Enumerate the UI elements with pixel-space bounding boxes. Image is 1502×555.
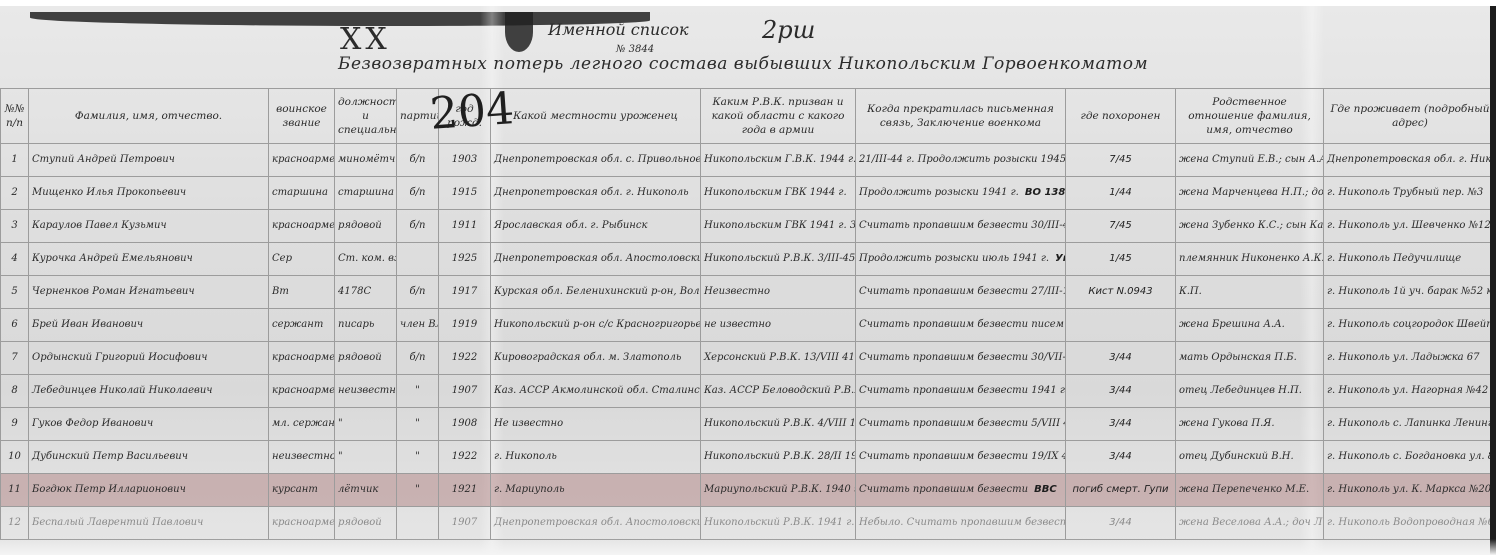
relatives-text: жена Перепеченко М.Е. (1179, 484, 1309, 495)
position-text: миномётчик (338, 154, 397, 165)
name-text: Курочка Андрей Емельянович (32, 253, 193, 264)
birth-year-text: 1922 (452, 451, 477, 462)
cell-birth-year: 1908 (439, 408, 491, 441)
conclusion-text: Считать пропавшим безвести 1941 г. ч/ч 3… (859, 385, 1066, 396)
buried-text: 3/44 (1109, 352, 1131, 363)
cell-relatives: жена Перепеченко М.Е. (1176, 474, 1324, 507)
cell-rank: неизвестно (269, 441, 335, 474)
rank-text: мл. сержант (272, 418, 335, 429)
name-text: Ступий Андрей Петрович (32, 154, 175, 165)
draft-text: Никопольским ГВК 1944 г. (704, 187, 847, 198)
position-text: неизвестно (338, 385, 397, 396)
losses-table: №№ п/пФамилия, имя, отчество.воинское зв… (0, 88, 1496, 540)
origin-text: Днепропетровская обл. Апостоловский р-он… (494, 517, 701, 528)
cell-conclusion: Считать пропавшим безвести 19/IX 41 г. (856, 441, 1066, 474)
position-text: рядовой (338, 220, 382, 231)
column-header: воинское звание (269, 89, 335, 144)
column-header: где похоронен (1066, 89, 1176, 144)
header-row: №№ п/пФамилия, имя, отчество.воинское зв… (1, 89, 1497, 144)
cell-conclusion: Продолжить розыски 1941 г.ВО 1388 гас (856, 177, 1066, 210)
handwritten-annotation: ВО 1388 гас (1025, 187, 1066, 199)
cell-rank: красноармеец (269, 210, 335, 243)
buried-text: 1/44 (1109, 187, 1131, 198)
address-text: г. Никополь Водопроводная №68 (1327, 517, 1496, 528)
cell-party: " (397, 375, 439, 408)
cell-conclusion: Считать пропавшим безвести писем не было (856, 309, 1066, 342)
position-text: 4178С (338, 286, 371, 297)
position-text: лётчик (338, 484, 378, 495)
cell-position: лётчик (335, 474, 397, 507)
party-text: " (415, 385, 420, 396)
name-text: Беспалый Лаврентий Павлович (32, 517, 203, 528)
origin-text: Днепропетровская обл. Апостоловский р-он… (494, 253, 701, 264)
cell-name: Мищенко Илья Прокопьевич (29, 177, 269, 210)
buried-text: 3/44 (1109, 385, 1131, 396)
table-row: 5Черненков Роман ИгнатьевичВт4178Сб/п191… (1, 276, 1497, 309)
num-text: 6 (11, 319, 17, 330)
cell-rank: Сер (269, 243, 335, 276)
cell-position: рядовой (335, 342, 397, 375)
cell-origin: Днепропетровская обл. г. Никополь (491, 177, 701, 210)
address-text: г. Никополь ул. К. Маркса №20 (1327, 484, 1491, 495)
origin-text: Курская обл. Беленихинский р-он, Вольтов… (494, 286, 701, 297)
column-header: Какой местности уроженец (491, 89, 701, 144)
cell-party: б/п (397, 177, 439, 210)
relatives-text: жена Веселова А.А.; доч Л.Л. (1179, 517, 1324, 528)
rank-text: красноармеец (272, 385, 335, 396)
cell-relatives: жена Зубенко К.С.; сын Караулов В.П. (1176, 210, 1324, 243)
cell-address: г. Никополь Педучилище (1324, 243, 1497, 276)
num-text: 5 (11, 286, 17, 297)
party-text: б/п (410, 187, 426, 198)
cell-name: Курочка Андрей Емельянович (29, 243, 269, 276)
table-row: 9Гуков Федор Ивановичмл. сержант""1908Не… (1, 408, 1497, 441)
cell-address: г. Никополь Трубный пер. №3 (1324, 177, 1497, 210)
cell-draft: Никопольский Р.В.К. 4/VIII 1941 г. (701, 408, 856, 441)
corner-note: 2рш (762, 16, 815, 44)
cell-rank: красноармеец (269, 144, 335, 177)
cell-rank: красноармеец (269, 375, 335, 408)
cell-birth-year: 1922 (439, 441, 491, 474)
cell-conclusion: Считать пропавшим безвести 27/III-1945 г… (856, 276, 1066, 309)
cell-birth-year: 1917 (439, 276, 491, 309)
cell-num: 5 (1, 276, 29, 309)
cell-birth-year: 1922 (439, 342, 491, 375)
position-text: рядовой (338, 352, 382, 363)
relatives-text: племянник Никоненко А.К. (1179, 253, 1324, 264)
cell-draft: Мариупольский Р.В.К. 1940 г. (701, 474, 856, 507)
cell-rank: мл. сержант (269, 408, 335, 441)
cell-birth-year: 1925 (439, 243, 491, 276)
table-row: 11Богдюк Петр Илларионовичкурсантлётчик"… (1, 474, 1497, 507)
origin-text: Ярославская обл. г. Рыбинск (494, 220, 647, 231)
cell-origin: Днепропетровская обл. Апостоловский р-он… (491, 507, 701, 540)
cell-draft: Никопольский Р.В.К. 28/II 1941 г. (701, 441, 856, 474)
cell-party: б/п (397, 342, 439, 375)
cell-origin: Днепропетровская обл. с. Привольное (491, 144, 701, 177)
birth-year-text: 1921 (452, 484, 477, 495)
cell-num: 9 (1, 408, 29, 441)
cell-origin: Каз. АССР Акмолинской обл. Сталинский р-… (491, 375, 701, 408)
buried-text: Кист N.0943 (1088, 286, 1152, 297)
name-text: Дубинский Петр Васильевич (32, 451, 188, 462)
table-row: 6Брей Иван Ивановичсержантписарьчлен ВЛК… (1, 309, 1497, 342)
table-row: 3Караулов Павел Кузьмичкрасноармеецрядов… (1, 210, 1497, 243)
cell-origin: Курская обл. Беленихинский р-он, Вольтов… (491, 276, 701, 309)
cell-position: " (335, 441, 397, 474)
rank-text: курсант (272, 484, 318, 495)
address-text: г. Никополь с. Богдановка ул. 8 Марта №4… (1327, 451, 1496, 462)
name-text: Брей Иван Иванович (32, 319, 143, 330)
rank-text: красноармеец (272, 220, 335, 231)
buried-text: 1/45 (1109, 253, 1131, 264)
party-text: " (415, 484, 420, 495)
cell-birth-year: 1911 (439, 210, 491, 243)
cell-relatives: жена Гукова П.Я. (1176, 408, 1324, 441)
name-text: Богдюк Петр Илларионович (32, 484, 186, 495)
cell-buried: 3/44 (1066, 375, 1176, 408)
cell-party: " (397, 441, 439, 474)
table-row: 7Ордынский Григорий Иосифовичкрасноармее… (1, 342, 1497, 375)
cell-position: рядовой (335, 210, 397, 243)
cell-buried: Кист N.0943 (1066, 276, 1176, 309)
document-title: Именной список (548, 20, 689, 39)
buried-text: 3/44 (1109, 451, 1131, 462)
cell-num: 12 (1, 507, 29, 540)
relatives-text: жена Брешина А.А. (1179, 319, 1285, 330)
mark-xx: XX (340, 22, 391, 57)
cell-buried: 3/44 (1066, 441, 1176, 474)
conclusion-text: Считать пропавшим безвести 30/VII-43 г. … (859, 352, 1066, 363)
cell-party: б/п (397, 210, 439, 243)
cell-num: 1 (1, 144, 29, 177)
birth-year-text: 1911 (452, 220, 477, 231)
cell-party: б/п (397, 144, 439, 177)
cell-party (397, 507, 439, 540)
cell-rank: сержант (269, 309, 335, 342)
cell-buried: 1/44 (1066, 177, 1176, 210)
cell-address: г. Никополь с. Лапинка Ленинградская 36 (1324, 408, 1497, 441)
cell-birth-year: 1907 (439, 375, 491, 408)
cell-draft: Никопольским Г.В.К. 1944 г. (701, 144, 856, 177)
draft-text: Херсонский Р.В.К. 13/VIII 41 г. (704, 352, 856, 363)
conclusion-text: Считать пропавшим безвести 5/VIII 41 г. (859, 418, 1066, 429)
num-text: 8 (11, 385, 17, 396)
draft-text: Каз. АССР Беловодский Р.В.К. 3/VIII 41 г… (704, 385, 856, 396)
birth-year-text: 1922 (452, 352, 477, 363)
cell-num: 2 (1, 177, 29, 210)
cell-conclusion: Считать пропавшим безвести 30/VII-43 г. … (856, 342, 1066, 375)
cell-buried: погиб смерт. Гупи (1066, 474, 1176, 507)
cell-address: г. Никополь с. Богдановка ул. 8 Марта №4… (1324, 441, 1497, 474)
conclusion-text: Небыло. Считать пропавшим безвести (859, 517, 1066, 528)
cell-draft: Никопольским ГВК 1941 г. 3 Августа (701, 210, 856, 243)
cell-name: Брей Иван Иванович (29, 309, 269, 342)
column-header: должность и специальность (335, 89, 397, 144)
cell-party (397, 243, 439, 276)
birth-year-text: 1915 (452, 187, 477, 198)
address-text: г. Никополь ул. Ладыжка 67 (1327, 352, 1480, 363)
party-text: член ВЛКСМ (400, 319, 439, 330)
conclusion-text: Считать пропавшим безвести 30/III-45 г. … (859, 220, 1066, 231)
cell-name: Беспалый Лаврентий Павлович (29, 507, 269, 540)
draft-text: Никопольский Р.В.К. 4/VIII 1941 г. (704, 418, 856, 429)
table-row: 12Беспалый Лаврентий Павловичкрасноармее… (1, 507, 1497, 540)
relatives-text: жена Марченцева Н.П.; дочь Мищенко Л.И. (1179, 187, 1324, 198)
cell-buried (1066, 309, 1176, 342)
draft-text: Никопольский Р.В.К. 28/II 1941 г. (704, 451, 856, 462)
cell-party: б/п (397, 276, 439, 309)
draft-text: Никопольским Г.В.К. 1944 г. (704, 154, 856, 165)
name-text: Ордынский Григорий Иосифович (32, 352, 207, 363)
birth-year-text: 1917 (452, 286, 477, 297)
address-text: г. Никополь 1й уч. барак №52 кв. №16 (1327, 286, 1496, 297)
num-text: 11 (8, 484, 21, 495)
table-row: 8Лебединцев Николай Николаевичкрасноарме… (1, 375, 1497, 408)
cell-name: Черненков Роман Игнатьевич (29, 276, 269, 309)
cell-birth-year: 1907 (439, 507, 491, 540)
cell-address: г. Никополь ул. Нагорная №42 (1324, 375, 1497, 408)
cell-draft: Никопольский Р.В.К. 1941 г. (701, 507, 856, 540)
cell-conclusion: Считать пропавшим безвести 1941 г. ч/ч 3… (856, 375, 1066, 408)
cell-origin: Ярославская обл. г. Рыбинск (491, 210, 701, 243)
relatives-text: мать Ордынская П.Б. (1179, 352, 1297, 363)
address-text: г. Никополь ул. Нагорная №42 (1327, 385, 1488, 396)
cell-conclusion: Считать пропавшим безвестиВВС (856, 474, 1066, 507)
draft-text: Никопольский Р.В.К. 3/III-45 г. (704, 253, 856, 264)
cell-party: член ВЛКСМ (397, 309, 439, 342)
cell-address: г. Никополь соцгородок Швейпром (1324, 309, 1497, 342)
position-text: писарь (338, 319, 374, 330)
cell-origin: Кировоградская обл. м. Златополь (491, 342, 701, 375)
cell-name: Караулов Павел Кузьмич (29, 210, 269, 243)
cell-name: Ступий Андрей Петрович (29, 144, 269, 177)
cell-relatives: племянник Никоненко А.К. (1176, 243, 1324, 276)
address-text: г. Никополь Педучилище (1327, 253, 1461, 264)
relatives-text: отец Дубинский В.Н. (1179, 451, 1294, 462)
cell-origin: Днепропетровская обл. Апостоловский р-он… (491, 243, 701, 276)
cell-position: неизвестно (335, 375, 397, 408)
cell-address: г. Никополь ул. Шевченко №121 (1324, 210, 1497, 243)
birth-year-text: 1919 (452, 319, 477, 330)
num-text: 7 (11, 352, 17, 363)
origin-text: Кировоградская обл. м. Златополь (494, 352, 681, 363)
cell-origin: г. Никополь (491, 441, 701, 474)
cell-num: 6 (1, 309, 29, 342)
conclusion-text: Считать пропавшим безвести 27/III-1945 г… (859, 286, 1066, 297)
cell-name: Богдюк Петр Илларионович (29, 474, 269, 507)
num-text: 3 (11, 220, 17, 231)
origin-text: Никопольский р-он с/с Красногригорьевка (494, 319, 701, 330)
origin-text: Не известно (494, 418, 563, 429)
draft-text: Никопольский Р.В.К. 1941 г. (704, 517, 854, 528)
position-text: " (338, 451, 343, 462)
buried-text: погиб смерт. Гупи (1072, 484, 1168, 495)
origin-text: Каз. АССР Акмолинской обл. Сталинский р-… (494, 385, 701, 396)
buried-text: 3/44 (1109, 418, 1131, 429)
cell-buried: 3/44 (1066, 408, 1176, 441)
scan-fade (0, 539, 1496, 555)
margin-note-204: 204 (428, 83, 515, 140)
buried-text: 7/45 (1109, 154, 1131, 165)
cell-relatives: жена Веселова А.А.; доч Л.Л. (1176, 507, 1324, 540)
rank-text: Сер (272, 253, 292, 264)
draft-text: не известно (704, 319, 771, 330)
cell-relatives: отец Лебединцев Н.П. (1176, 375, 1324, 408)
origin-text: г. Никополь (494, 451, 557, 462)
torn-edge-notch (505, 12, 533, 52)
cell-relatives: отец Дубинский В.Н. (1176, 441, 1324, 474)
table-row: 4Курочка Андрей ЕмельяновичСерСт. ком. в… (1, 243, 1497, 276)
address-text: г. Никополь соцгородок Швейпром (1327, 319, 1496, 330)
cell-conclusion: Считать пропавшим безвести 30/III-45 г. … (856, 210, 1066, 243)
cell-birth-year: 1919 (439, 309, 491, 342)
num-text: 9 (11, 418, 17, 429)
cell-relatives: К.П. (1176, 276, 1324, 309)
draft-text: Мариупольский Р.В.К. 1940 г. (704, 484, 856, 495)
name-text: Гуков Федор Иванович (32, 418, 153, 429)
column-header: Каким Р.В.К. призван и какой области с к… (701, 89, 856, 144)
rank-text: неизвестно (272, 451, 335, 462)
cell-party: " (397, 408, 439, 441)
name-text: Мищенко Илья Прокопьевич (32, 187, 186, 198)
cell-position: " (335, 408, 397, 441)
cell-conclusion: Небыло. Считать пропавшим безвести (856, 507, 1066, 540)
cell-position: Ст. ком. взвода (335, 243, 397, 276)
cell-num: 3 (1, 210, 29, 243)
cell-buried: 7/45 (1066, 210, 1176, 243)
table-row: 1Ступий Андрей Петровичкрасноармеецмином… (1, 144, 1497, 177)
rank-text: Вт (272, 286, 289, 297)
cell-address: г. Никополь ул. Ладыжка 67 (1324, 342, 1497, 375)
cell-name: Лебединцев Николай Николаевич (29, 375, 269, 408)
origin-text: Днепропетровская обл. с. Привольное (494, 154, 701, 165)
column-header: №№ п/п (1, 89, 29, 144)
num-text: 4 (11, 253, 17, 264)
birth-year-text: 1908 (452, 418, 477, 429)
cell-position: рядовой (335, 507, 397, 540)
cell-num: 8 (1, 375, 29, 408)
draft-text: Никопольским ГВК 1941 г. 3 Августа (704, 220, 856, 231)
scan-edge (1490, 6, 1496, 555)
party-text: б/п (410, 352, 426, 363)
cell-conclusion: 21/III-44 г. Продолжить розыски 1945 г. … (856, 144, 1066, 177)
handwritten-annotation: ВВС (1034, 484, 1057, 496)
buried-text: 7/45 (1109, 220, 1131, 231)
cell-draft: Каз. АССР Беловодский Р.В.К. 3/VIII 41 г… (701, 375, 856, 408)
cell-birth-year: 1915 (439, 177, 491, 210)
name-text: Караулов Павел Кузьмич (32, 220, 167, 231)
cell-relatives: жена Ступий Е.В.; сын А.А.; дочь П.А. (1176, 144, 1324, 177)
cell-relatives: жена Брешина А.А. (1176, 309, 1324, 342)
conclusion-text: 21/III-44 г. Продолжить розыски 1945 г. … (859, 154, 1066, 165)
position-text: старшина (338, 187, 394, 198)
relatives-text: жена Ступий Е.В.; сын А.А.; дочь П.А. (1179, 154, 1324, 165)
origin-text: Днепропетровская обл. г. Никополь (494, 187, 689, 198)
cell-draft: Неизвестно (701, 276, 856, 309)
column-header: Когда прекратилась письменная связь, Зак… (856, 89, 1066, 144)
cell-buried: 3/44 (1066, 342, 1176, 375)
num-text: 2 (11, 187, 17, 198)
address-text: Днепропетровская обл. г. Никополь ул. Во… (1327, 154, 1496, 165)
document-subtitle: Безвозвратных потерь легного состава выб… (338, 54, 1148, 74)
cell-draft: Никопольским ГВК 1944 г. (701, 177, 856, 210)
cell-name: Ордынский Григорий Иосифович (29, 342, 269, 375)
name-text: Лебединцев Николай Николаевич (32, 385, 213, 396)
position-text: рядовой (338, 517, 382, 528)
address-text: г. Никополь с. Лапинка Ленинградская 36 (1327, 418, 1496, 429)
birth-year-text: 1907 (452, 517, 477, 528)
cell-position: 4178С (335, 276, 397, 309)
cell-relatives: жена Марченцева Н.П.; дочь Мищенко Л.И. (1176, 177, 1324, 210)
table-row: 2Мищенко Илья Прокопьевичстаршинастаршин… (1, 177, 1497, 210)
cell-address: г. Никополь Водопроводная №68 (1324, 507, 1497, 540)
num-text: 10 (8, 451, 21, 462)
origin-text: г. Мариуполь (494, 484, 565, 495)
conclusion-text: Продолжить розыски июль 1941 г. (859, 253, 1049, 264)
buried-text: 3/44 (1109, 517, 1131, 528)
cell-position: писарь (335, 309, 397, 342)
cell-buried: 3/44 (1066, 507, 1176, 540)
cell-num: 4 (1, 243, 29, 276)
conclusion-text: Считать пропавшим безвести (859, 484, 1028, 495)
handwritten-annotation: Умер у б-ц 20.04.45 (1055, 253, 1065, 265)
cell-birth-year: 1903 (439, 144, 491, 177)
cell-buried: 1/45 (1066, 243, 1176, 276)
cell-relatives: мать Ордынская П.Б. (1176, 342, 1324, 375)
cell-num: 7 (1, 342, 29, 375)
column-header: Родственное отношение фамилия, имя, отче… (1176, 89, 1324, 144)
cell-position: старшина (335, 177, 397, 210)
cell-num: 10 (1, 441, 29, 474)
cell-rank: красноармеец рядовой (269, 342, 335, 375)
cell-buried: 7/45 (1066, 144, 1176, 177)
cell-origin: г. Мариуполь (491, 474, 701, 507)
cell-num: 11 (1, 474, 29, 507)
birth-year-text: 1925 (452, 253, 477, 264)
party-text: б/п (410, 154, 426, 165)
cell-draft: Никопольский Р.В.К. 3/III-45 г. (701, 243, 856, 276)
cell-name: Гуков Федор Иванович (29, 408, 269, 441)
conclusion-text: Считать пропавшим безвести писем не было (859, 319, 1066, 330)
address-text: г. Никополь Трубный пер. №3 (1327, 187, 1483, 198)
table-row: 10Дубинский Петр Васильевичнеизвестно""1… (1, 441, 1497, 474)
cell-origin: Не известно (491, 408, 701, 441)
name-text: Черненков Роман Игнатьевич (32, 286, 195, 297)
birth-year-text: 1907 (452, 385, 477, 396)
document-sheet: XX Именной список № 3844 2рш Безвозвратн… (0, 6, 1496, 555)
cell-draft: Херсонский Р.В.К. 13/VIII 41 г. (701, 342, 856, 375)
cell-origin: Никопольский р-он с/с Красногригорьевка (491, 309, 701, 342)
relatives-text: К.П. (1179, 286, 1202, 297)
address-text: г. Никополь ул. Шевченко №121 (1327, 220, 1496, 231)
cell-name: Дубинский Петр Васильевич (29, 441, 269, 474)
relatives-text: жена Зубенко К.С.; сын Караулов В.П. (1179, 220, 1324, 231)
cell-conclusion: Считать пропавшим безвести 5/VIII 41 г. (856, 408, 1066, 441)
relatives-text: жена Гукова П.Я. (1179, 418, 1275, 429)
cell-address: Днепропетровская обл. г. Никополь ул. Во… (1324, 144, 1497, 177)
cell-rank: красноармеец (269, 507, 335, 540)
cell-conclusion: Продолжить розыски июль 1941 г.Умер у б-… (856, 243, 1066, 276)
draft-text: Неизвестно (704, 286, 770, 297)
cell-party: " (397, 474, 439, 507)
party-text: " (415, 418, 420, 429)
cell-draft: не известно (701, 309, 856, 342)
num-text: 1 (11, 154, 17, 165)
rank-text: старшина (272, 187, 328, 198)
column-header: Где проживает (подробный адрес) (1324, 89, 1497, 144)
cell-position: миномётчик (335, 144, 397, 177)
